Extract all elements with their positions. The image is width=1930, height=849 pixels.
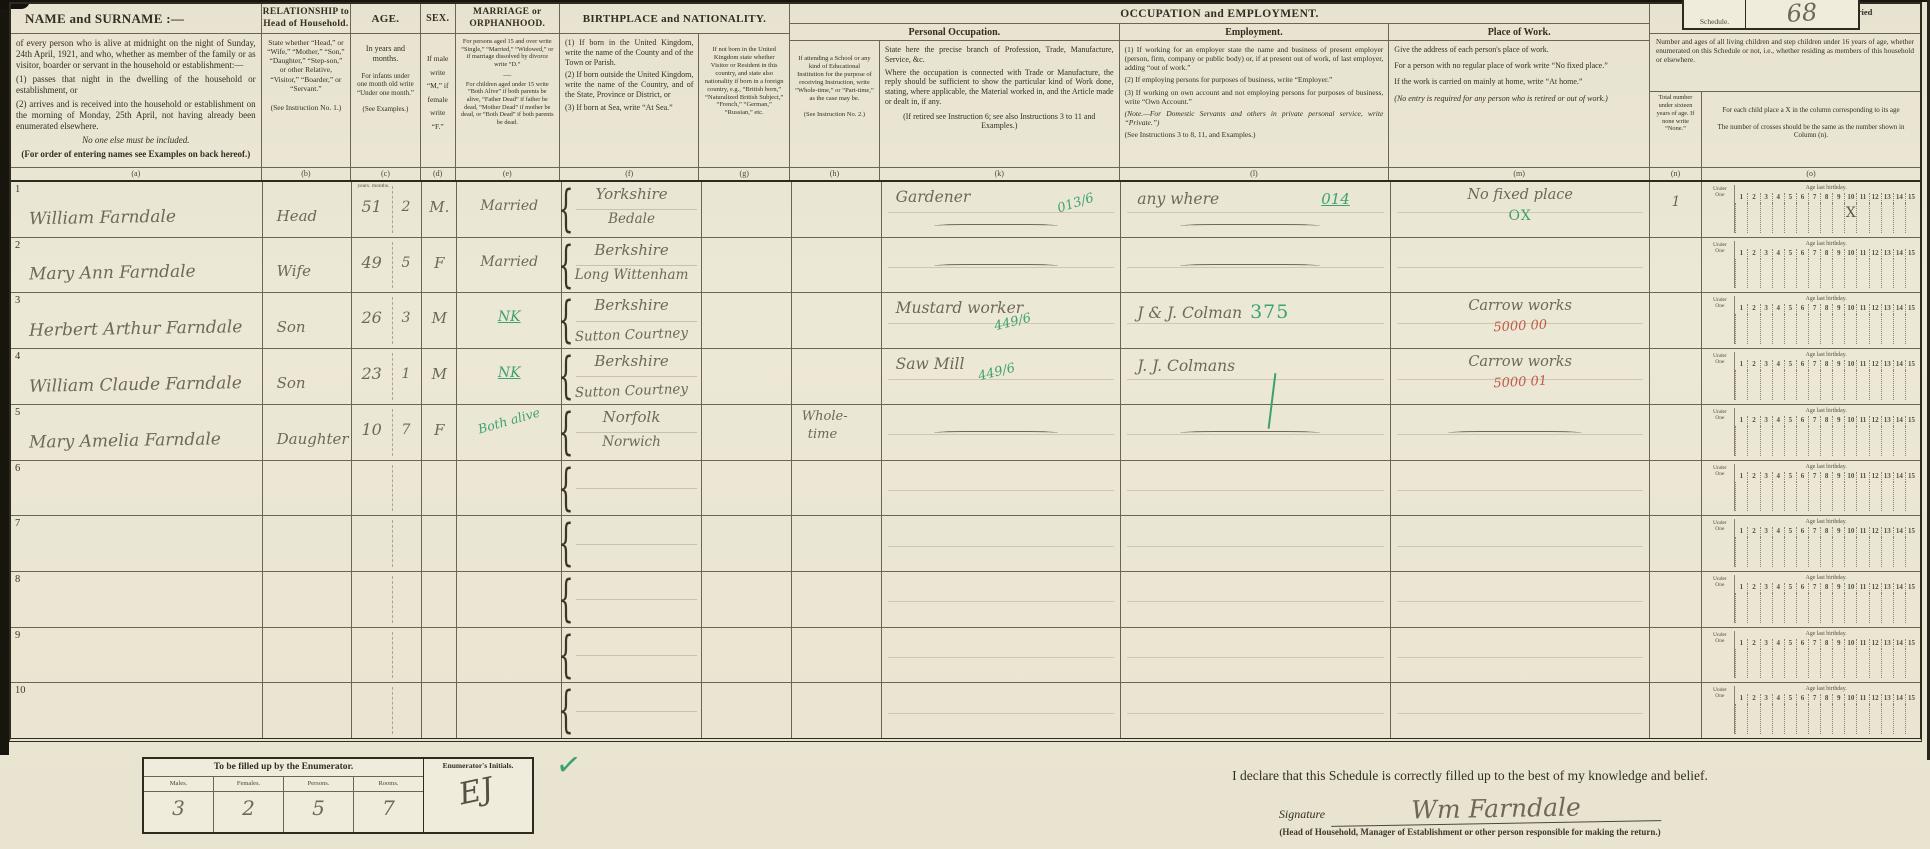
col-header-sex: SEX. If male write “M,” if female write … xyxy=(421,4,456,180)
row-number: 9 xyxy=(15,630,20,641)
age-grid-number: 1 xyxy=(1735,527,1747,537)
enumerator-column-headers: Males.Females.Persons.Rooms. xyxy=(144,777,423,792)
cell-place-of-work xyxy=(1391,238,1651,293)
age-grid-body-cell xyxy=(1784,649,1796,679)
rel-desc-p1: State whether “Head,” or “Wife,” “Mother… xyxy=(267,38,346,93)
bp-desc-p2: (2) If born outside the United Kingdom, … xyxy=(565,70,693,99)
cell-name: 4William Claude Farndale xyxy=(11,349,263,404)
cell-occupation xyxy=(882,683,1122,738)
age-grid-number: 4 xyxy=(1772,583,1784,593)
age-grid-number: 12 xyxy=(1869,694,1881,704)
age-grid-number: 7 xyxy=(1808,583,1820,593)
age-grid-body-cell xyxy=(1772,426,1784,456)
age-grid-number: 10 xyxy=(1844,639,1856,649)
employment-entry: any where xyxy=(1137,190,1219,208)
age-grid-body-cell xyxy=(1747,482,1759,512)
age-grid-body-cell xyxy=(1808,203,1820,233)
age-grid-under-one-label: UnderOne xyxy=(1705,575,1735,593)
age-years-entry: 10 xyxy=(361,420,381,439)
age-grid-body-under xyxy=(1705,593,1735,623)
age-grid-number: 6 xyxy=(1796,639,1808,649)
age-grid-body-cell xyxy=(1808,537,1820,567)
name-desc-p1: of every person who is alive at midnight… xyxy=(16,38,256,71)
age-grid-number: 12 xyxy=(1869,527,1881,537)
age-grid-number: 6 xyxy=(1796,360,1808,370)
cell-occupation xyxy=(882,628,1122,683)
emp-desc-p3: (3) If working on own account and not em… xyxy=(1125,88,1384,106)
age-grid-top-label: Age last birthday. xyxy=(1735,185,1917,193)
cell-sex xyxy=(422,516,457,571)
column-letter-e: (e) xyxy=(456,167,559,180)
cell-education xyxy=(792,238,882,293)
employment-guide-line xyxy=(1127,601,1384,602)
cell-employment: any where014 xyxy=(1121,182,1391,237)
cell-name: 6 xyxy=(11,461,263,516)
column-letter-l: (l) xyxy=(1120,167,1389,180)
age-grid-body-under xyxy=(1705,426,1735,456)
marriage-entry: NK xyxy=(457,365,561,381)
age-grid-body-cell xyxy=(1760,649,1772,679)
cell-relationship: Head xyxy=(263,182,353,237)
table-row: 10{UnderOneAge last birthday.12345678910… xyxy=(11,683,1920,738)
birthplace-group-subcolumns: (1) If born in the United Kingdom, write… xyxy=(560,34,789,180)
age-grid-body-cell xyxy=(1893,649,1905,679)
age-grid-number: 9 xyxy=(1832,639,1844,649)
age-grid-number: 5 xyxy=(1784,583,1796,593)
cell-place-of-work xyxy=(1391,461,1651,516)
age-grid-number: 8 xyxy=(1820,193,1832,203)
birthplace-guide-line xyxy=(576,599,697,600)
cell-nationality xyxy=(702,293,792,348)
age-grid-number: 14 xyxy=(1893,527,1905,537)
age-grid-body-cell xyxy=(1796,649,1808,679)
age-grid-body-cell xyxy=(1893,482,1905,512)
age-grid-body-cell xyxy=(1856,203,1868,233)
age-grid-number: 9 xyxy=(1832,304,1844,314)
age-grid-number: 9 xyxy=(1832,694,1844,704)
relationship-column-description: State whether “Head,” or “Wife,” “Mother… xyxy=(262,34,351,167)
age-grid-top-label: Age last birthday. xyxy=(1735,519,1917,527)
age-grid-number: 2 xyxy=(1747,360,1759,370)
age-grid-number: 6 xyxy=(1796,694,1808,704)
married-group-subcolumns: Total number under sixteen years of age.… xyxy=(1650,92,1920,180)
cell-education xyxy=(792,349,882,404)
age-grid-number: 12 xyxy=(1869,360,1881,370)
cell-employment xyxy=(1121,461,1391,516)
row-number: 3 xyxy=(15,295,20,306)
employment-guide-line xyxy=(1127,212,1384,213)
age-grid-body-cell xyxy=(1747,203,1759,233)
age-grid-top-label: Age last birthday. xyxy=(1735,631,1917,639)
relationship-entry: Son xyxy=(277,374,306,392)
age-grid-number: 14 xyxy=(1893,639,1905,649)
age-grid-body-cell xyxy=(1869,704,1881,734)
employment-dash xyxy=(1180,224,1320,228)
cell-education xyxy=(792,293,882,348)
occupation-group-subtitles: Personal Occupation. Employment. Place o… xyxy=(790,24,1649,41)
age-grid-body-cell xyxy=(1772,537,1784,567)
cell-age: 231 xyxy=(352,349,422,404)
age-grid-number: 9 xyxy=(1832,416,1844,426)
cell-occupation xyxy=(882,516,1122,571)
cell-place-of-work xyxy=(1391,683,1651,738)
schedule-label: Schedule. xyxy=(1684,0,1746,28)
under-label-line2: One xyxy=(1705,415,1734,421)
row-number: 10 xyxy=(15,685,26,696)
occupation-guide-line xyxy=(888,546,1115,547)
age-grid-body-cell xyxy=(1881,704,1893,734)
age-grid-number: 13 xyxy=(1881,527,1893,537)
cell-employment xyxy=(1121,516,1391,571)
age-grid-number: 2 xyxy=(1747,304,1759,314)
place-code-green: OX xyxy=(1391,208,1650,224)
employment-entry: J & J. Colman375 xyxy=(1137,301,1289,323)
cell-relationship xyxy=(263,628,353,683)
age-grid-body-cell xyxy=(1893,203,1905,233)
age-grid-body-cell xyxy=(1808,259,1820,289)
birthplace-town-entry: Norwich xyxy=(562,434,701,450)
place-desc-p2: For a person with no regular place of wo… xyxy=(1394,61,1644,71)
cell-employment xyxy=(1121,628,1391,683)
age-months-entry: 2 xyxy=(401,199,410,215)
age-grid: UnderOneAge last birthday.12345678910111… xyxy=(1705,464,1917,512)
occupation-code-green: 449/6 xyxy=(976,361,1016,385)
age-grid-body-cell xyxy=(1856,482,1868,512)
place-column-description: Give the address of each person's place … xyxy=(1389,41,1649,167)
place-guide-line xyxy=(1397,601,1644,602)
emp-desc-p2: (2) If employing persons for purposes of… xyxy=(1125,75,1384,84)
age-grid-body-cell xyxy=(1796,704,1808,734)
age-grid-body-cell xyxy=(1844,370,1856,400)
birthplace-guide-line xyxy=(576,544,697,545)
cell-occupation: Gardener013/6 xyxy=(882,182,1122,237)
nationality-column-description: If not born in the United Kingdom state … xyxy=(699,34,789,167)
age-grid-number: 11 xyxy=(1856,639,1868,649)
cell-marriage: Married xyxy=(457,182,562,237)
occupation-code-green: 013/6 xyxy=(1055,191,1095,217)
age-grid-body-cell xyxy=(1808,370,1820,400)
cell-marriage xyxy=(457,516,562,571)
relationship-entry: Head xyxy=(277,207,318,225)
age-months-entry: 1 xyxy=(401,366,410,382)
cell-relationship: Daughter xyxy=(263,405,353,460)
age-grid-body-cell xyxy=(1844,259,1856,289)
age-grid-body-cell xyxy=(1820,259,1832,289)
birthplace-county-entry: Norfolk xyxy=(562,408,701,426)
enumerator-count-value: 3 xyxy=(144,792,214,832)
occupation-guide-line xyxy=(888,601,1115,602)
census-form-table: NAME and SURNAME :— of every person who … xyxy=(9,2,1922,742)
cell-birthplace: { xyxy=(562,461,702,516)
age-grid-body-cell xyxy=(1796,593,1808,623)
age-grid-body-cell xyxy=(1856,649,1868,679)
age-years-entry: 51 xyxy=(361,197,381,216)
age-grid-body-cell xyxy=(1869,537,1881,567)
cell-occupation xyxy=(882,405,1122,460)
age-grid-body-cell xyxy=(1820,537,1832,567)
age-grid-number: 15 xyxy=(1905,639,1917,649)
age-grid-body-cell xyxy=(1881,203,1893,233)
age-grid-number: 11 xyxy=(1856,472,1868,482)
cell-total-children xyxy=(1650,238,1702,293)
cell-nationality xyxy=(702,628,792,683)
column-letter-b: (b) xyxy=(262,167,351,180)
under-label-line2: One xyxy=(1705,359,1734,365)
cell-occupation: Mustard worker449/6 xyxy=(882,293,1122,348)
birthplace-county-entry: Berkshire xyxy=(562,296,701,314)
age-grid-number: 11 xyxy=(1856,193,1868,203)
age-grid-body-cell xyxy=(1760,593,1772,623)
age-grid-number: 2 xyxy=(1747,193,1759,203)
occupation-group-subcolumns: If attending a School or any kind of Edu… xyxy=(790,41,1649,180)
sex-column-title: SEX. xyxy=(421,4,455,34)
place-guide-line xyxy=(1397,490,1644,491)
age-grid-body-cell xyxy=(1747,314,1759,344)
age-grid-number: 9 xyxy=(1832,472,1844,482)
age-grid-body-cell xyxy=(1747,649,1759,679)
age-years-entry: 26 xyxy=(361,308,381,327)
occ-desc-p1: State here the precise branch of Profess… xyxy=(885,45,1114,65)
age-grid-number: 15 xyxy=(1905,583,1917,593)
age-grid-body-cell xyxy=(1808,593,1820,623)
age-grid-body-cell xyxy=(1869,370,1881,400)
age-grid-number: 1 xyxy=(1735,416,1747,426)
cell-age xyxy=(352,461,422,516)
cell-education xyxy=(792,683,882,738)
cell-total-children xyxy=(1650,516,1702,571)
age-cross-mark: X xyxy=(1845,205,1856,221)
cell-nationality xyxy=(702,516,792,571)
relationship-entry: Wife xyxy=(277,262,311,280)
age-grid-body-cell xyxy=(1772,314,1784,344)
column-letter-o: (o) xyxy=(1702,167,1920,180)
sex-entry: F xyxy=(422,254,456,272)
column-letter-d: (d) xyxy=(421,167,455,180)
cell-marriage: Married xyxy=(457,238,562,293)
age-grid-number: 7 xyxy=(1808,694,1820,704)
age-grid-number: 3 xyxy=(1760,249,1772,259)
relationship-entry: Son xyxy=(277,318,306,336)
age-grid-body-cell xyxy=(1832,593,1844,623)
employment-entry: J. J. Colmans xyxy=(1137,357,1235,375)
marriage-desc-separator: — xyxy=(461,72,554,78)
occupation-entry: Mustard worker xyxy=(896,299,1024,317)
age-grid-body-cell xyxy=(1881,482,1893,512)
cell-age-grid: UnderOneAge last birthday.12345678910111… xyxy=(1702,683,1920,738)
row-number: 1 xyxy=(15,184,20,195)
employment-subtitle: Employment. xyxy=(1120,24,1390,40)
age-grid-number: 12 xyxy=(1869,304,1881,314)
age-grid-body-cell xyxy=(1820,314,1832,344)
age-grid-body-cell xyxy=(1856,370,1868,400)
age-grid-number: 5 xyxy=(1784,304,1796,314)
col-header-total-children: Total number under sixteen years of age.… xyxy=(1650,92,1702,180)
birthplace-town-entry: Sutton Courtney xyxy=(562,325,701,346)
age-desc-p2: For infants under one month old write “U… xyxy=(356,72,415,98)
age-grid-body-cell xyxy=(1820,426,1832,456)
cell-employment xyxy=(1121,405,1391,460)
age-grid-number: 13 xyxy=(1881,639,1893,649)
age-grid-body-cell xyxy=(1784,203,1796,233)
age-grid-body-cell xyxy=(1832,704,1844,734)
age-grid-number: 11 xyxy=(1856,416,1868,426)
age-grid-number: 8 xyxy=(1820,360,1832,370)
age-grid: UnderOneAge last birthday.12345678910111… xyxy=(1705,408,1917,456)
age-grid-number: 10 xyxy=(1844,472,1856,482)
age-grid-body-cell xyxy=(1784,259,1796,289)
name-desc-p3: (2) arrives and is received into the hou… xyxy=(16,99,256,132)
cell-occupation xyxy=(882,572,1122,627)
age-grid-body-cell xyxy=(1735,482,1747,512)
grid-desc-p1: For each child place a X in the column c… xyxy=(1707,106,1915,115)
cell-name: 9 xyxy=(11,628,263,683)
age-grid-body-cell xyxy=(1820,649,1832,679)
sex-desc-p1: If male write “M,” if female write “F.” xyxy=(426,52,450,133)
cell-age: 107 xyxy=(352,405,422,460)
age-grid-number: 12 xyxy=(1869,472,1881,482)
cell-occupation xyxy=(882,238,1122,293)
age-grid-under-one-label: UnderOne xyxy=(1705,241,1735,259)
age-grid-body-cell xyxy=(1881,259,1893,289)
age-grid-number: 13 xyxy=(1881,304,1893,314)
age-grid-body-cell xyxy=(1747,426,1759,456)
age-desc-p1: In years and months. xyxy=(356,44,415,64)
occupation-dash xyxy=(934,431,1058,435)
age-grid-number: 3 xyxy=(1760,583,1772,593)
age-grid: UnderOneAge last birthday.12345678910111… xyxy=(1705,631,1917,679)
age-grid-number: 8 xyxy=(1820,694,1832,704)
age-grid-body-cell xyxy=(1796,482,1808,512)
table-body: 1William FarndaleHeadyears. months.512M.… xyxy=(11,182,1920,738)
age-grid-body-cell xyxy=(1893,370,1905,400)
cell-employment xyxy=(1121,683,1391,738)
age-grid-body-cell xyxy=(1820,593,1832,623)
age-grid-body-cell xyxy=(1772,593,1784,623)
age-grid-description: For each child place a X in the column c… xyxy=(1702,92,1920,167)
table-row: 2Mary Ann FarndaleWife495FMarried{Berksh… xyxy=(11,238,1920,294)
cell-education xyxy=(792,572,882,627)
age-grid-body-cell xyxy=(1772,203,1784,233)
bp-desc-p3: (3) If born at Sea, write “At Sea.” xyxy=(565,103,693,113)
age-grid-number: 11 xyxy=(1856,360,1868,370)
cell-marriage: NK xyxy=(457,349,562,404)
married-group-description: Number and ages of all living children a… xyxy=(1650,34,1920,92)
age-grid-number: 9 xyxy=(1832,193,1844,203)
age-grid-body-cell xyxy=(1735,314,1747,344)
cell-occupation: Saw Mill449/6 xyxy=(882,349,1122,404)
cell-total-children xyxy=(1650,628,1702,683)
age-grid-body-cell xyxy=(1881,314,1893,344)
age-grid-number: 5 xyxy=(1784,193,1796,203)
age-grid-number: 14 xyxy=(1893,360,1905,370)
age-grid-number: 6 xyxy=(1796,249,1808,259)
cell-age: 495 xyxy=(352,238,422,293)
cell-nationality xyxy=(702,572,792,627)
age-grid-top-label: Age last birthday. xyxy=(1735,241,1917,249)
age-grid-body-cell xyxy=(1844,482,1856,512)
age-grid-number: 10 xyxy=(1844,694,1856,704)
cell-nationality xyxy=(702,349,792,404)
employment-dash xyxy=(1180,431,1320,435)
age-grid-number: 15 xyxy=(1905,193,1917,203)
age-grid-top-label: Age last birthday. xyxy=(1735,686,1917,694)
age-grid-number: 5 xyxy=(1784,249,1796,259)
age-grid-body-cell xyxy=(1796,537,1808,567)
under-label-line2: One xyxy=(1705,693,1734,699)
age-grid-number: 3 xyxy=(1760,694,1772,704)
place-guide-line xyxy=(1397,546,1644,547)
table-row: 8{UnderOneAge last birthday.123456789101… xyxy=(11,572,1920,628)
col-group-birthplace-nationality: BIRTHPLACE and NATIONALITY. (1) If born … xyxy=(560,4,790,180)
age-grid-body-cell xyxy=(1735,537,1747,567)
employer-code-green: 375 xyxy=(1250,301,1289,323)
age-grid-body-cell xyxy=(1844,537,1856,567)
age-grid-body-cell xyxy=(1808,704,1820,734)
age-grid-number: 4 xyxy=(1772,249,1784,259)
cell-place-of-work: Carrow works5000 00 xyxy=(1391,293,1651,348)
age-grid-number: 10 xyxy=(1844,193,1856,203)
cell-marriage: Both alive xyxy=(457,405,562,460)
age-grid-number: 8 xyxy=(1820,639,1832,649)
cell-total-children: 1 xyxy=(1650,182,1702,237)
cell-nationality xyxy=(702,238,792,293)
age-grid-body-cell xyxy=(1772,370,1784,400)
occupation-guide-line xyxy=(888,212,1115,213)
age-grid-number: 1 xyxy=(1735,193,1747,203)
age-grid-number: 5 xyxy=(1784,639,1796,649)
place-desc-p3: If the work is carried on mainly at home… xyxy=(1394,77,1644,87)
total-children-description: Total number under sixteen years of age.… xyxy=(1650,92,1701,135)
age-grid-body-cell xyxy=(1784,704,1796,734)
age-grid-body-cell xyxy=(1844,426,1856,456)
rel-desc-p2: (See Instruction No. 1.) xyxy=(267,103,346,112)
age-grid-body-cell xyxy=(1735,259,1747,289)
birthplace-guide-line xyxy=(576,376,697,377)
cell-sex xyxy=(422,628,457,683)
cell-marriage xyxy=(457,572,562,627)
age-grid-body-cell xyxy=(1905,314,1917,344)
birthplace-column-description: (1) If born in the United Kingdom, write… xyxy=(560,34,698,167)
col-header-age-grid: For each child place a X in the column c… xyxy=(1702,92,1920,180)
occupation-guide-line xyxy=(888,713,1115,714)
cell-total-children xyxy=(1650,461,1702,516)
cell-age: 263 xyxy=(352,293,422,348)
col-header-employment: (1) If working for an employer state the… xyxy=(1120,41,1390,180)
cell-name: 1William Farndale xyxy=(11,182,263,237)
sex-entry: M xyxy=(422,309,456,327)
age-grid-body-cell xyxy=(1747,259,1759,289)
col-header-age: AGE. In years and months. For infants un… xyxy=(351,4,421,180)
cell-education xyxy=(792,516,882,571)
age-grid-body-cell xyxy=(1905,537,1917,567)
age-grid-body-cell xyxy=(1747,593,1759,623)
under-label-line2: One xyxy=(1705,192,1734,198)
cell-sex: M. xyxy=(422,182,457,237)
education-entry-line1: Whole- xyxy=(802,409,848,424)
age-grid-body-under xyxy=(1705,537,1735,567)
enumerator-initials-cell: Enumerator's Initials. EJ xyxy=(424,759,532,832)
place-of-work-entry: Carrow works xyxy=(1391,354,1650,370)
cell-age xyxy=(352,683,422,738)
marriage-entry: Both alive xyxy=(457,399,561,442)
cell-name: 3Herbert Arthur Farndale xyxy=(11,293,263,348)
name-entry: Mary Amelia Farndale xyxy=(29,429,221,452)
age-grid-body-cell xyxy=(1820,482,1832,512)
age-grid-body-cell xyxy=(1796,259,1808,289)
cell-sex: M xyxy=(422,293,457,348)
age-grid-number: 8 xyxy=(1820,472,1832,482)
age-grid-number: 5 xyxy=(1784,527,1796,537)
